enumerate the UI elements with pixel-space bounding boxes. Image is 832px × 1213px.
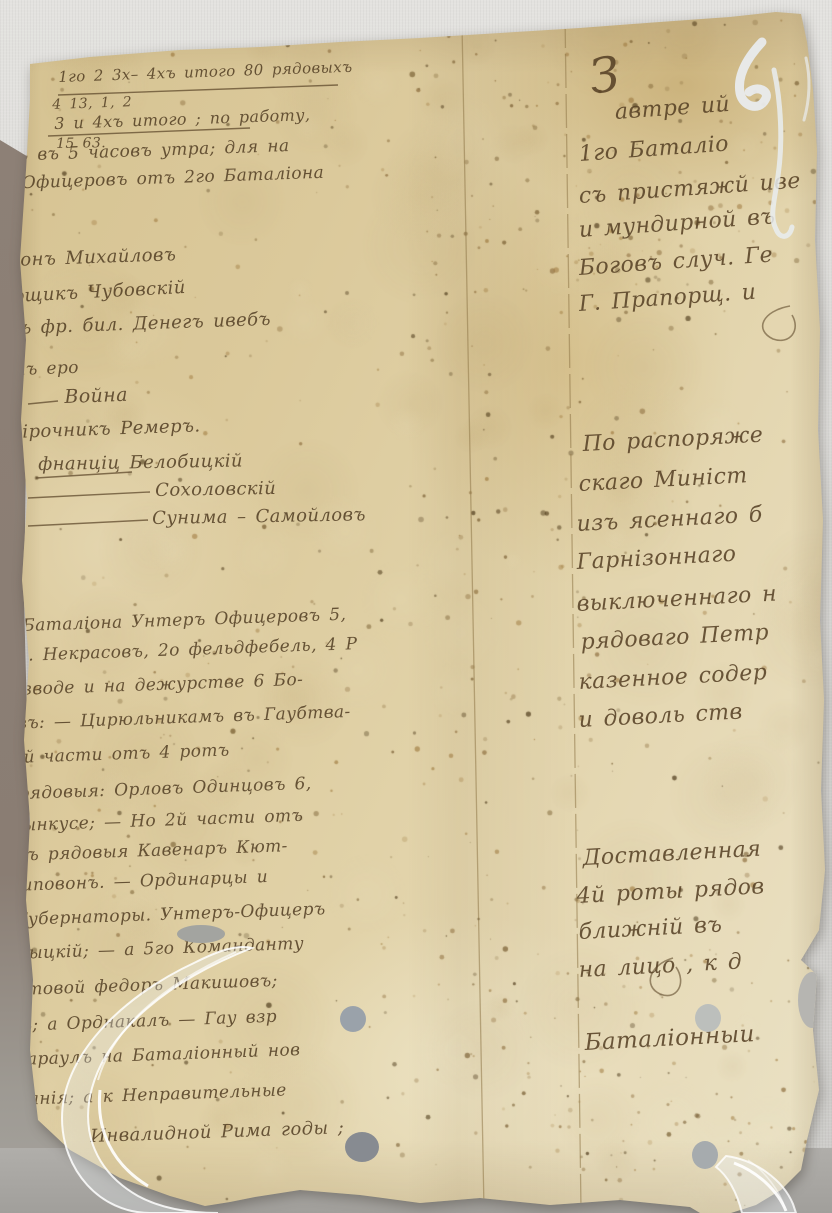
- photograph-of-manuscript: ащ нал; Унтеръ офицеровъ1го 2 3х– 4хъ ит…: [0, 0, 832, 1213]
- acrylic-stand: [0, 0, 832, 1213]
- acrylic-stand-left-wing: [62, 947, 252, 1213]
